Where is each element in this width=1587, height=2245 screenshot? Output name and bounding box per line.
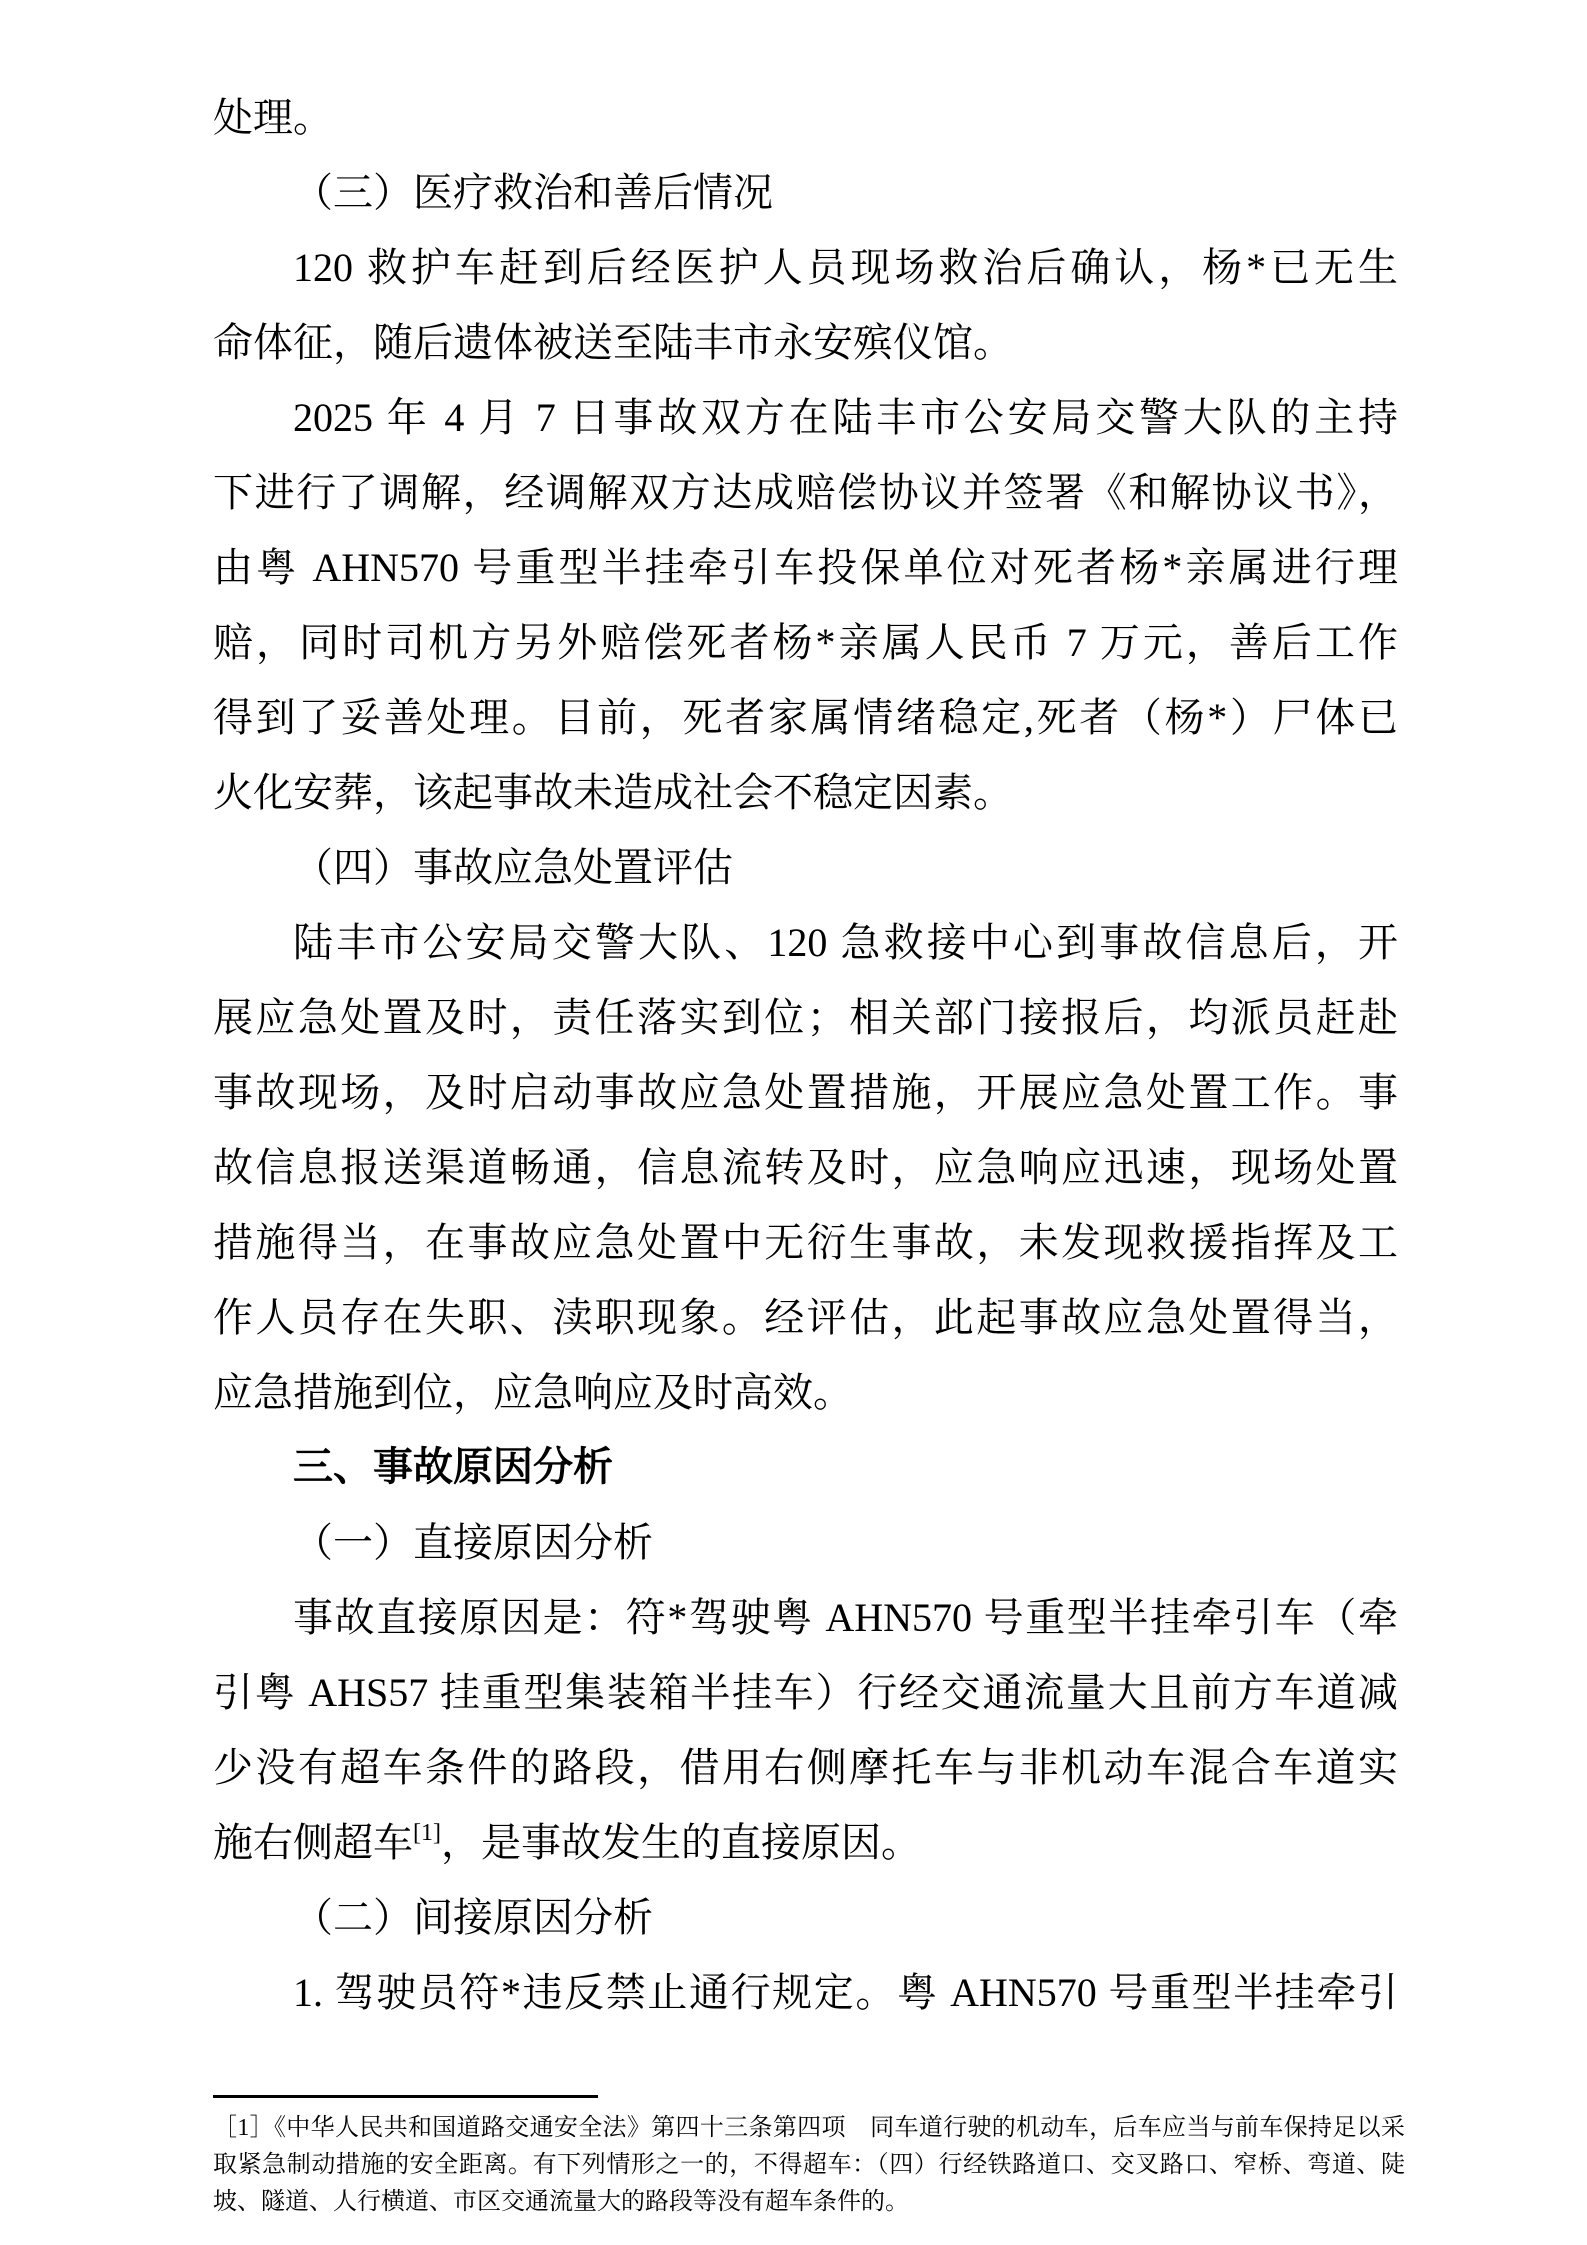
footnote-line: ［1］《中华人民共和国道路交通安全法》第四十三条第四项 同车道行驶的机动车，后车… <box>213 2110 1405 2147</box>
footnote-block: ［1］《中华人民共和国道路交通安全法》第四十三条第四项 同车道行驶的机动车，后车… <box>213 2110 1405 2221</box>
body-text-line: 施右侧超车[1]，是事故发生的直接原因。 <box>213 1805 1398 1880</box>
document-body: 处理。 （三）医疗救治和善后情况 120 救护车赶到后经医护人员现场救治后确认，… <box>213 80 1398 2030</box>
subsection-heading: （二）间接原因分析 <box>213 1880 1398 1955</box>
body-text-line: 1. 驾驶员符*违反禁止通行规定。粤 AHN570 号重型半挂牵引 <box>213 1955 1398 2030</box>
body-text-line: 下进行了调解，经调解双方达成赔偿协议并签署《和解协议书》， <box>213 455 1398 530</box>
body-text-line: 火化安葬，该起事故未造成社会不稳定因素。 <box>213 755 1398 830</box>
body-text-line: 120 救护车赶到后经医护人员现场救治后确认，杨*已无生 <box>213 230 1398 305</box>
footnote-line: 取紧急制动措施的安全距离。有下列情形之一的，不得超车：（四）行经铁路道口、交叉路… <box>213 2147 1405 2184</box>
body-text-line: 事故现场，及时启动事故应急处置措施，开展应急处置工作。事 <box>213 1055 1398 1130</box>
body-text-line: 命体征，随后遗体被送至陆丰市永安殡仪馆。 <box>213 305 1398 380</box>
subsection-heading: （一）直接原因分析 <box>213 1505 1398 1580</box>
body-text-line: 少没有超车条件的路段，借用右侧摩托车与非机动车混合车道实 <box>213 1730 1398 1805</box>
body-text-line: 2025 年 4 月 7 日事故双方在陆丰市公安局交警大队的主持 <box>213 380 1398 455</box>
footnote-line: 坡、隧道、人行横道、市区交通流量大的路段等没有超车条件的。 <box>213 2184 1405 2221</box>
body-text-line: 措施得当，在事故应急处置中无衍生事故，未发现救援指挥及工 <box>213 1205 1398 1280</box>
body-text-segment: ，是事故发生的直接原因。 <box>441 1820 921 1865</box>
body-text-line: 作人员存在失职、渎职现象。经评估，此起事故应急处置得当， <box>213 1280 1398 1355</box>
body-text-line: 陆丰市公安局交警大队、120 急救接中心到事故信息后，开 <box>213 905 1398 980</box>
subsection-heading: （四）事故应急处置评估 <box>213 830 1398 905</box>
footnote-separator <box>213 2095 598 2098</box>
body-text-line: 引粤 AHS57 挂重型集装箱半挂车）行经交通流量大且前方车道减 <box>213 1655 1398 1730</box>
body-text-line: 得到了妥善处理。目前，死者家属情绪稳定,死者（杨*）尸体已 <box>213 680 1398 755</box>
document-page: 处理。 （三）医疗救治和善后情况 120 救护车赶到后经医护人员现场救治后确认，… <box>0 0 1587 2245</box>
body-text-line: 由粤 AHN570 号重型半挂牵引车投保单位对死者杨*亲属进行理 <box>213 530 1398 605</box>
body-text-line: 应急措施到位，应急响应及时高效。 <box>213 1355 1398 1430</box>
body-text-line: 事故直接原因是：符*驾驶粤 AHN570 号重型半挂牵引车（牵 <box>213 1580 1398 1655</box>
body-text-line: 故信息报送渠道畅通，信息流转及时，应急响应迅速，现场处置 <box>213 1130 1398 1205</box>
body-text-line: 展应急处置及时，责任落实到位；相关部门接报后，均派员赶赴 <box>213 980 1398 1055</box>
body-text-line: 赔，同时司机方另外赔偿死者杨*亲属人民币 7 万元，善后工作 <box>213 605 1398 680</box>
footnote-ref: [1] <box>413 1820 441 1846</box>
chapter-heading: 三、事故原因分析 <box>213 1430 1398 1505</box>
body-text-line: 处理。 <box>213 80 1398 155</box>
body-text-segment: 施右侧超车 <box>213 1820 413 1865</box>
subsection-heading: （三）医疗救治和善后情况 <box>213 155 1398 230</box>
